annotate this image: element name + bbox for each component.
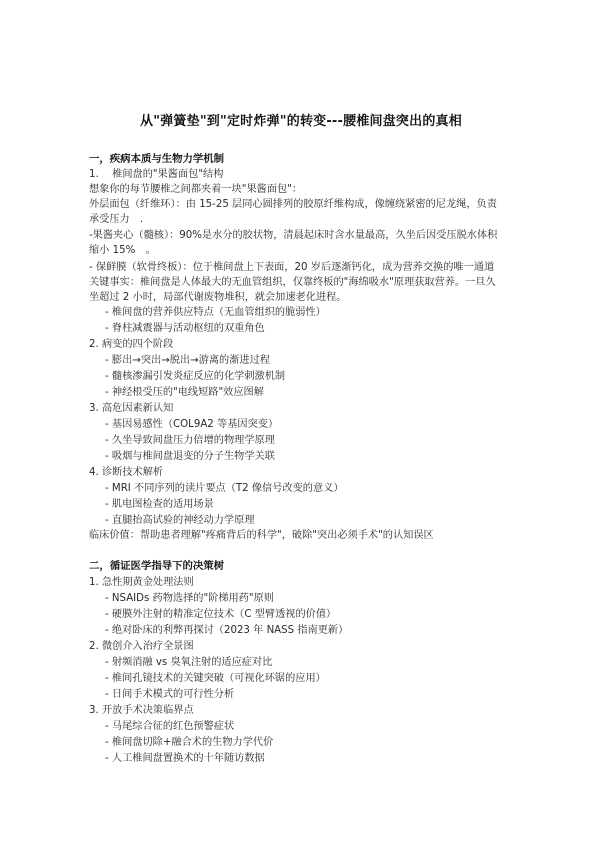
text-line: 关键事实：椎间盘是人体最大的无血管组织，仅靠终板的"海绵吸水"原理获取营养。一旦… [89,276,496,289]
list-item: - 椎间孔镜技术的关键突破（可视化环锯的应用） [105,672,326,685]
text-line: 1. 椎间盘的"果酱面包"结构 [89,168,223,181]
list-item: - 脊柱减震器与活动枢纽的双重角色 [105,322,265,335]
section-heading-2: 二，循证医学指导下的决策树 [89,560,224,573]
list-item: - 直腿抬高试验的神经动力学原理 [105,514,255,527]
list-heading: 2. 病变的四个阶段 [89,338,173,351]
list-heading: 1. 急性期黄金处理法则 [89,576,194,589]
list-item: - 神经根受压的"电线短路"效应图解 [105,386,264,399]
text-line: - 保鲜膜（软骨终板）：位于椎间盘上下表面，20 岁后逐渐钙化，成为营养交换的唯… [89,261,494,274]
list-item: - MRI 不同序列的读片要点（T2 像信号改变的意义） [105,482,344,495]
list-item: - 日间手术模式的可行性分析 [105,688,234,701]
list-item: - 绝对卧床的利弊再探讨（2023 年 NASS 指南更新） [105,624,348,637]
list-item: - 硬膜外注射的精准定位技术（C 型臂透视的价值） [105,608,336,621]
list-heading: 3. 高危因素新认知 [89,402,173,415]
list-item: - 椎间盘切除+融合术的生物力学代价 [105,736,273,749]
list-item: - 射频消融 vs 臭氧注射的适应症对比 [105,656,272,669]
text-line: 缩小 15% 。 [89,244,156,257]
list-heading: 4. 诊断技术解析 [89,466,163,479]
list-item: - 吸烟与椎间盘退变的分子生物学关联 [105,450,275,463]
text-line: 想象你的每节腰椎之间都夹着一块"果酱面包"： [89,183,302,196]
list-item: - 久坐导致间盘压力倍增的物理学原理 [105,434,275,447]
section-heading-1: 一，疾病本质与生物力学机制 [89,153,224,166]
clinical-value-text: 临床价值：帮助患者理解"疼痛背后的科学"，破除"突出必须手术"的认知误区 [89,529,434,542]
list-heading: 2. 微创介入治疗全景图 [89,640,194,653]
list-item: - 基因易感性（COL9A2 等基因突变） [105,418,278,431]
text-line: 外层面包（纤维环）：由 15-25 层同心圆排列的胶原纤维构成，像缠绕紧密的尼龙… [89,198,497,211]
list-item: - 髓核渗漏引发炎症反应的化学刺激机制 [105,370,285,383]
list-heading: 3. 开放手术决策临界点 [89,704,194,717]
list-item: - 马尾综合征的红色预警症状 [105,720,234,733]
list-item: - 膨出→突出→脱出→游离的渐进过程 [105,354,270,367]
text-line: 坐超过 2 小时，局部代谢废物堆积，就会加速老化进程。 [89,291,346,304]
list-item: - 肌电图检查的适用场景 [105,498,214,511]
list-item: - 人工椎间盘置换术的十年随访数据 [105,752,265,765]
document-title: 从"弹簧垫"到"定时炸弹"的转变---腰椎间盘突出的真相 [89,110,513,129]
text-line: -果酱夹心（髓核）：90%是水分的胶状物，清晨起床时含水量最高，久坐后因受压脱水… [89,229,497,242]
list-item: - 椎间盘的营养供应特点（无血管组织的脆弱性） [105,306,326,319]
text-line: 承受压力 . [89,213,143,226]
list-item: - NSAIDs 药物选择的"阶梯用药"原则 [105,592,274,605]
